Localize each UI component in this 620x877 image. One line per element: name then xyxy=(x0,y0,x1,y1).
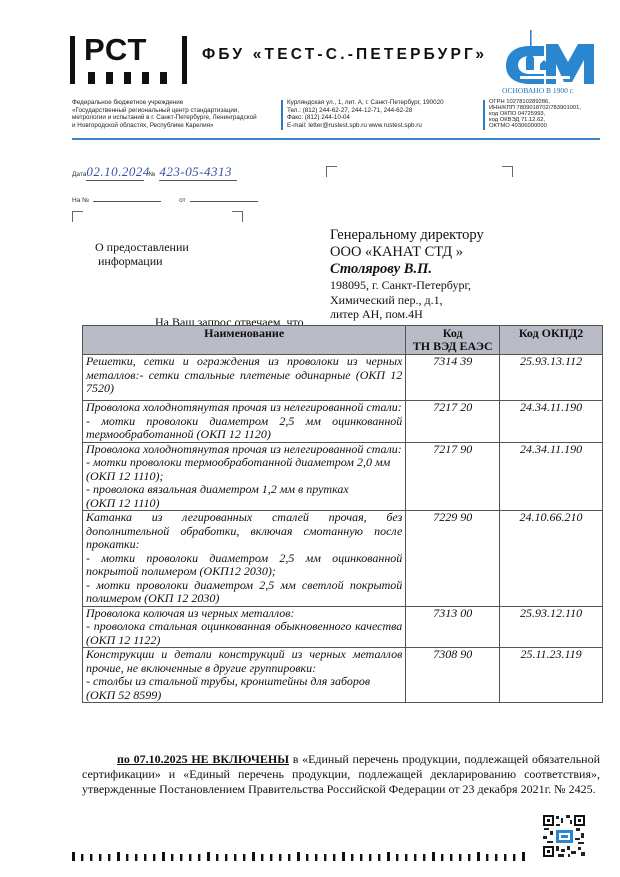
number-label: № xyxy=(148,171,155,178)
table-row: Проволока холоднотянутая прочая из нелег… xyxy=(83,442,603,511)
letter-subject: О предоставлении информации xyxy=(95,240,189,268)
col-header-tnved: КодТН ВЭД ЕАЭС xyxy=(406,326,500,355)
ref-number-blank xyxy=(93,194,161,202)
table-row: Конструкции и детали конструкций из черн… xyxy=(83,648,603,703)
recipient-address-line: литер АН, пом.4Н xyxy=(330,307,484,322)
org-full-name: Федеральное бюджетное учреждение «Госуда… xyxy=(72,99,257,129)
ref-label: На № xyxy=(72,197,89,204)
col-header-name: Наименование xyxy=(83,326,406,355)
code-line: ОКТМО 40306000000 xyxy=(489,123,581,129)
cell-tnved: 7229 90 xyxy=(406,511,500,607)
cell-name: Проволока колючая из черных металлов: - … xyxy=(83,606,406,648)
qr-code-icon xyxy=(542,814,586,858)
cell-tnved: 7308 90 xyxy=(406,648,500,703)
bottom-dash-border xyxy=(72,852,534,861)
cell-tnved: 7314 39 xyxy=(406,355,500,401)
number-value: 423-05-4313 xyxy=(159,164,237,181)
table-row: Проволока колючая из черных металлов: - … xyxy=(83,606,603,648)
recipient-person: Столярову В.П. xyxy=(330,261,484,278)
cell-okpd2: 24.34.11.190 xyxy=(500,401,603,443)
corner-mark xyxy=(232,211,243,222)
subject-line: О предоставлении xyxy=(95,240,189,254)
subject-line: информации xyxy=(95,254,189,268)
col-header-okpd2: Код ОКПД2 xyxy=(500,326,603,355)
table-row: Проволока холоднотянутая прочая из нелег… xyxy=(83,401,603,443)
contact-email-web: E-mail: letter@rustest.spb.ru www.rustes… xyxy=(287,122,444,130)
recipient-address-line: 198095, г. Санкт-Петербург, xyxy=(330,278,484,293)
cell-okpd2: 25.93.13.112 xyxy=(500,355,603,401)
table-row: Решетки, сетки и ограждения из проволоки… xyxy=(83,355,603,401)
org-line: метрологии и испытаний в г. Санкт-Петерб… xyxy=(72,114,257,122)
reference-line: На № от xyxy=(72,189,258,207)
cell-name: Проволока холоднотянутая прочая из нелег… xyxy=(83,442,406,511)
cell-okpd2: 24.10.66.210 xyxy=(500,511,603,607)
cell-name: Проволока холоднотянутая прочая из нелег… xyxy=(83,401,406,443)
rst-logo-text: РСТ xyxy=(84,32,147,68)
cell-name: Катанка из легированных сталей прочая, б… xyxy=(83,511,406,607)
corner-mark xyxy=(502,166,513,177)
ref-date-blank xyxy=(190,194,258,202)
org-line: Федеральное бюджетное учреждение xyxy=(72,99,257,107)
rst-logo: РСТ xyxy=(70,34,190,86)
recipient-address-line: Химический пер., д.1, xyxy=(330,293,484,308)
cell-tnved: 7313 00 xyxy=(406,606,500,648)
table-row: Катанка из легированных сталей прочая, б… xyxy=(83,511,603,607)
cell-name: Решетки, сетки и ограждения из проволоки… xyxy=(83,355,406,401)
contact-address: Курляндская ул., 1, лит. А, г. Санкт-Пет… xyxy=(287,99,444,107)
date-label: Дата xyxy=(72,171,86,178)
org-codes: ОГРН 1027810289286, ИНН/КПП 7809018702/7… xyxy=(489,99,581,129)
conclusion-paragraph: по 07.10.2025 НЕ ВКЛЮЧЕНЫ в «Единый пере… xyxy=(82,752,600,797)
products-table: Наименование КодТН ВЭД ЕАЭС Код ОКПД2 Ре… xyxy=(82,325,603,703)
conclusion-emphasis: по 07.10.2025 НЕ ВКЛЮЧЕНЫ xyxy=(117,752,289,766)
registration-line: Дата02.10.2024 № 423-05-4313 xyxy=(72,163,237,181)
divider xyxy=(483,100,485,130)
cell-tnved: 7217 90 xyxy=(406,442,500,511)
csm-founded-caption: ОСНОВАНО В 1900 г. xyxy=(502,86,574,95)
cell-name: Конструкции и детали конструкций из черн… xyxy=(83,648,406,703)
divider xyxy=(281,100,283,130)
col-header-tnved-line: ТН ВЭД ЕАЭС xyxy=(409,340,496,353)
recipient-company: ООО «КАНАТ СТД » xyxy=(330,244,484,261)
org-title: ФБУ «ТЕСТ-С.-ПЕТЕРБУРГ» xyxy=(202,46,487,64)
ref-from-label: от xyxy=(179,197,185,204)
org-line: и Новгородской областях, Республике Каре… xyxy=(72,122,257,130)
corner-mark xyxy=(72,211,83,222)
cell-okpd2: 25.93.12.110 xyxy=(500,606,603,648)
cell-okpd2: 25.11.23.119 xyxy=(500,648,603,703)
contact-fax: Факс: (812) 244-10-04 xyxy=(287,114,444,122)
header-divider-line xyxy=(72,138,600,140)
recipient-position: Генеральному директору xyxy=(330,227,484,244)
cell-tnved: 7217 20 xyxy=(406,401,500,443)
corner-mark xyxy=(326,166,337,177)
contact-phone: Тел.: (812) 244-62-27, 244-12-71, 244-62… xyxy=(287,107,444,115)
date-value: 02.10.2024 xyxy=(86,164,144,181)
table-header-row: Наименование КодТН ВЭД ЕАЭС Код ОКПД2 xyxy=(83,326,603,355)
org-contacts: Курляндская ул., 1, лит. А, г. Санкт-Пет… xyxy=(287,99,444,129)
cell-okpd2: 24.34.11.190 xyxy=(500,442,603,511)
recipient-block: Генеральному директору ООО «КАНАТ СТД » … xyxy=(330,227,484,322)
